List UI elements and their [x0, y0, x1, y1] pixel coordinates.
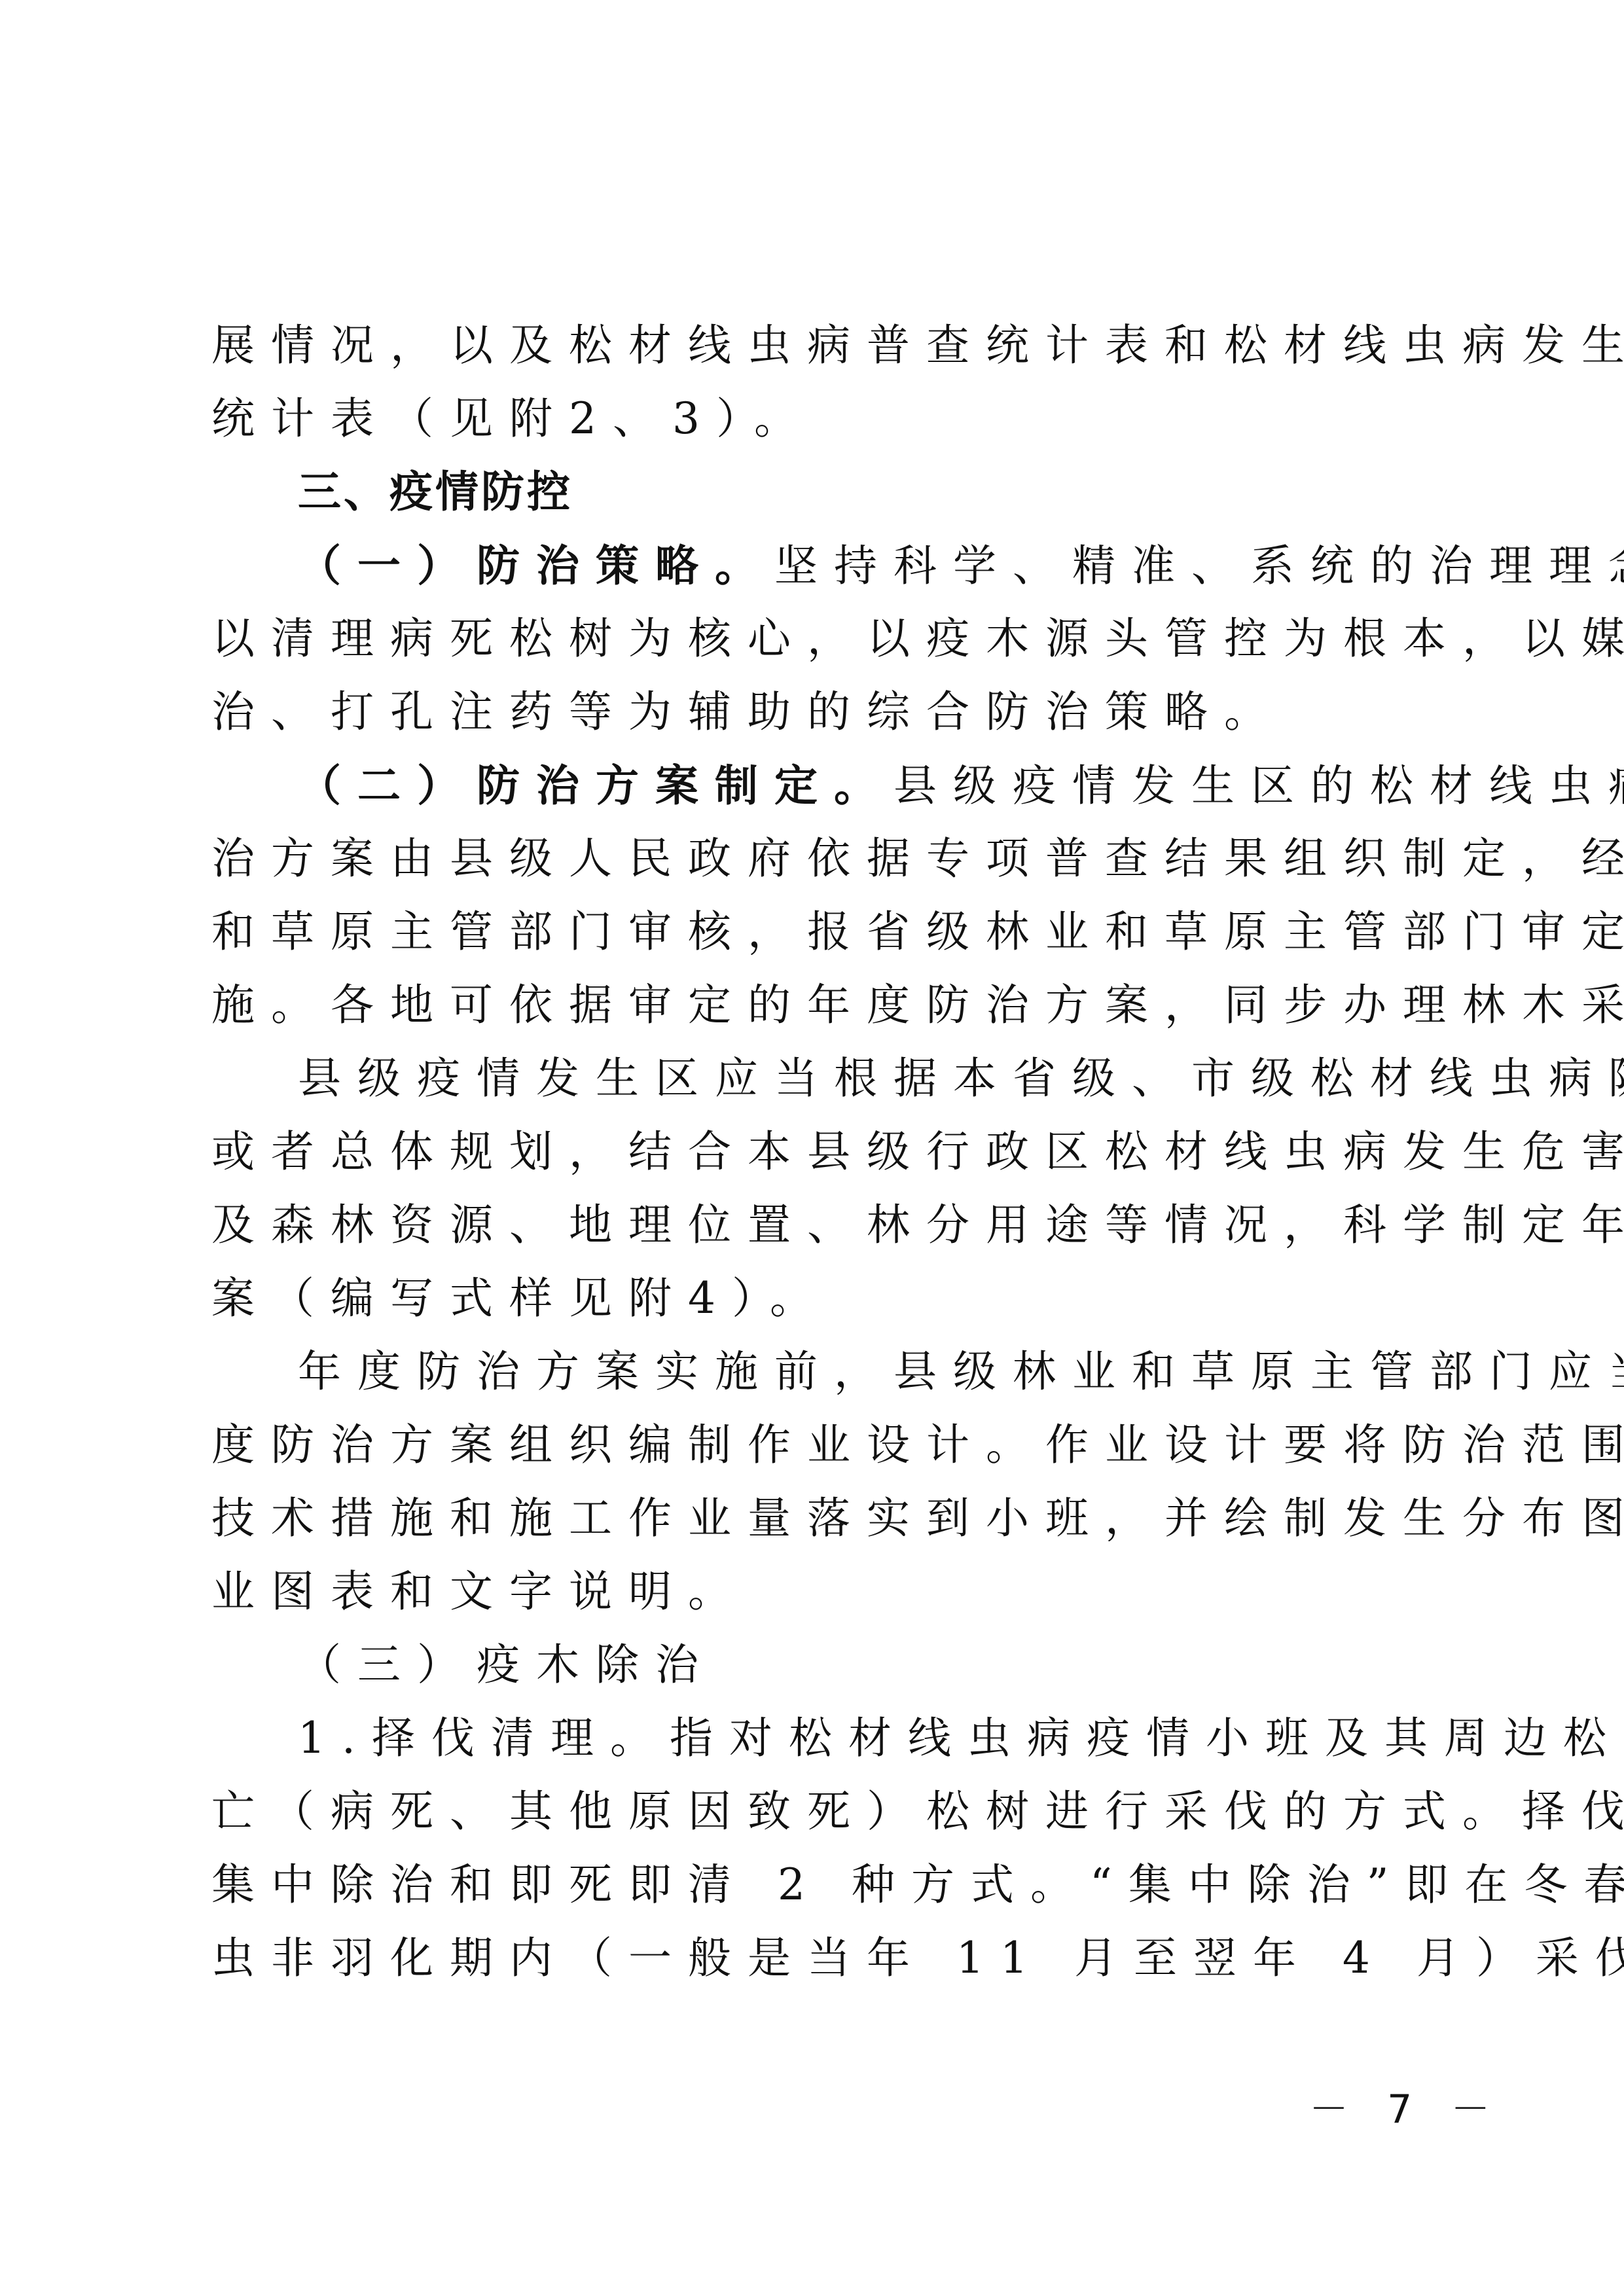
text-line: 年度防治方案实施前，县级林业和草原主管部门应当根据年	[211, 1335, 1409, 1408]
text-run: 坚持科学、精准、系统的治理理念，实施	[774, 541, 1624, 591]
text-line: 或者总体规划，结合本县级行政区松材线虫病发生危害情况，以	[211, 1115, 1409, 1189]
text-run: 县级疫情发生区的松材线虫病年度防	[893, 761, 1624, 811]
subsection-strategy: （一）防治策略。坚持科学、精准、系统的治理理念，实施	[211, 529, 1409, 602]
subsection-title: （二）防治方案制定。	[298, 760, 893, 811]
section-heading: 三、疫情防控	[211, 456, 1409, 529]
text-line: 县级疫情发生区应当根据本省级、市级松材线虫病防治方案	[211, 1042, 1409, 1115]
text-line: 展情况，以及松材线虫病普查统计表和松材线虫病发生情况汇总	[211, 309, 1409, 382]
text-line: 集中除治和即死即清 2 种方式。“集中除治”即在冬春季媒介昆	[211, 1848, 1409, 1922]
text-line: 1.择伐清理。指对松材线虫病疫情小班及其周边松林中的死	[211, 1702, 1409, 1775]
text-line: 治方案由县级人民政府依据专项普查结果组织制定，经市级林业	[211, 822, 1409, 895]
subsection-title: （一）防治策略。	[298, 540, 774, 591]
text-line: 亡（病死、其他原因致死）松树进行采伐的方式。择伐清理包括	[211, 1775, 1409, 1848]
body-text: 展情况，以及松材线虫病普查统计表和松材线虫病发生情况汇总 统计表（见附2、3）。…	[211, 309, 1409, 1995]
text-line: 统计表（见附2、3）。	[211, 382, 1409, 456]
page-number: － 7 －	[1309, 2078, 1503, 2134]
text-line: 及森林资源、地理位置、林分用途等情况，科学制定年度防治方	[211, 1189, 1409, 1262]
text-line: 虫非羽化期内（一般是当年 11 月至翌年 4 月）采伐清理死亡（病	[211, 1922, 1409, 1995]
document-page: 展情况，以及松材线虫病普查统计表和松材线虫病发生情况汇总 统计表（见附2、3）。…	[0, 0, 1624, 2296]
subsection-plan: （二）防治方案制定。县级疫情发生区的松材线虫病年度防	[211, 749, 1409, 822]
subsection-heading: （三）疫木除治	[211, 1628, 1409, 1702]
text-line: 案（编写式样见附4）。	[211, 1262, 1409, 1335]
text-line: 业图表和文字说明。	[211, 1555, 1409, 1628]
text-line: 治、打孔注药等为辅助的综合防治策略。	[211, 675, 1409, 749]
text-line: 施。各地可依据审定的年度防治方案，同步办理林木采伐许可证。	[211, 969, 1409, 1042]
text-line: 以清理病死松树为核心，以疫木源头管控为根本，以媒介昆虫防	[211, 602, 1409, 675]
text-line: 和草原主管部门审核，报省级林业和草原主管部门审定后组织实	[211, 895, 1409, 969]
text-line: 技术措施和施工作业量落实到小班，并绘制发生分布图、施工作	[211, 1482, 1409, 1555]
text-line: 度防治方案组织编制作业设计。作业设计要将防治范围、面积、	[211, 1408, 1409, 1482]
